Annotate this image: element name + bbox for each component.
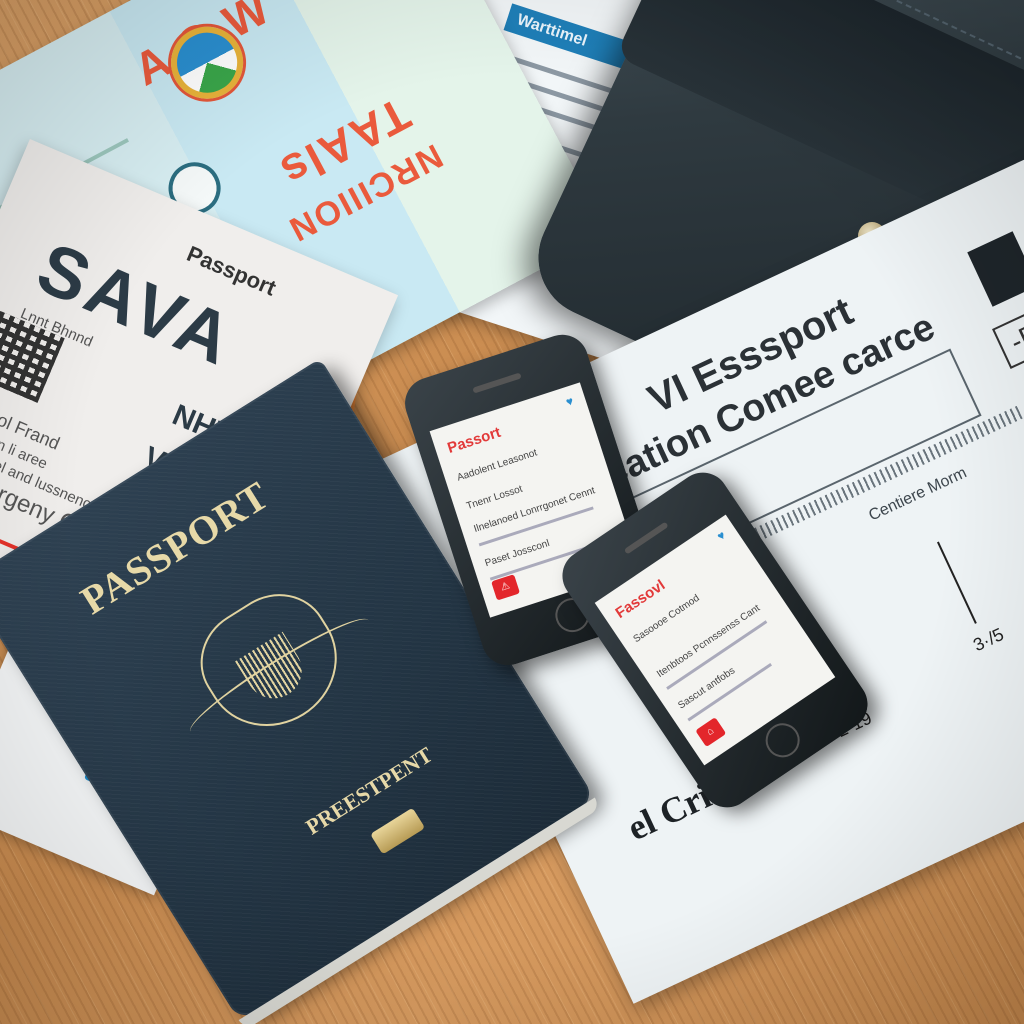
heart-icon: ♥ <box>564 394 575 410</box>
info-sheet-brand: Rerdel <box>530 0 603 3</box>
home-app-icon[interactable]: ⌂ <box>695 717 726 747</box>
passport-pages <box>239 798 602 1024</box>
app-line-4: Paset Jossconl <box>484 538 551 569</box>
passport-title: PASSPORT <box>72 471 277 623</box>
heart-icon: ♥ <box>714 528 728 544</box>
app-title: Passort <box>445 424 503 457</box>
biometric-chip-icon <box>370 808 425 855</box>
app-title: Fassovl <box>612 577 668 622</box>
eagle-emblem-icon <box>181 574 360 750</box>
app-line-1: Aadolent Leasonot <box>456 447 539 483</box>
form-date-2: 3·/5 <box>970 624 1007 656</box>
photo-scene: Rerdel Warttimel Gotteer lumttwd Tie Opt… <box>0 0 1024 1024</box>
home-button <box>759 717 806 764</box>
speaker-grille <box>472 372 521 393</box>
divider-line <box>937 541 977 623</box>
app-line-2: Tnenr Lossot <box>465 484 524 513</box>
speaker-grille <box>624 522 669 555</box>
form-logo-mark <box>967 231 1024 307</box>
